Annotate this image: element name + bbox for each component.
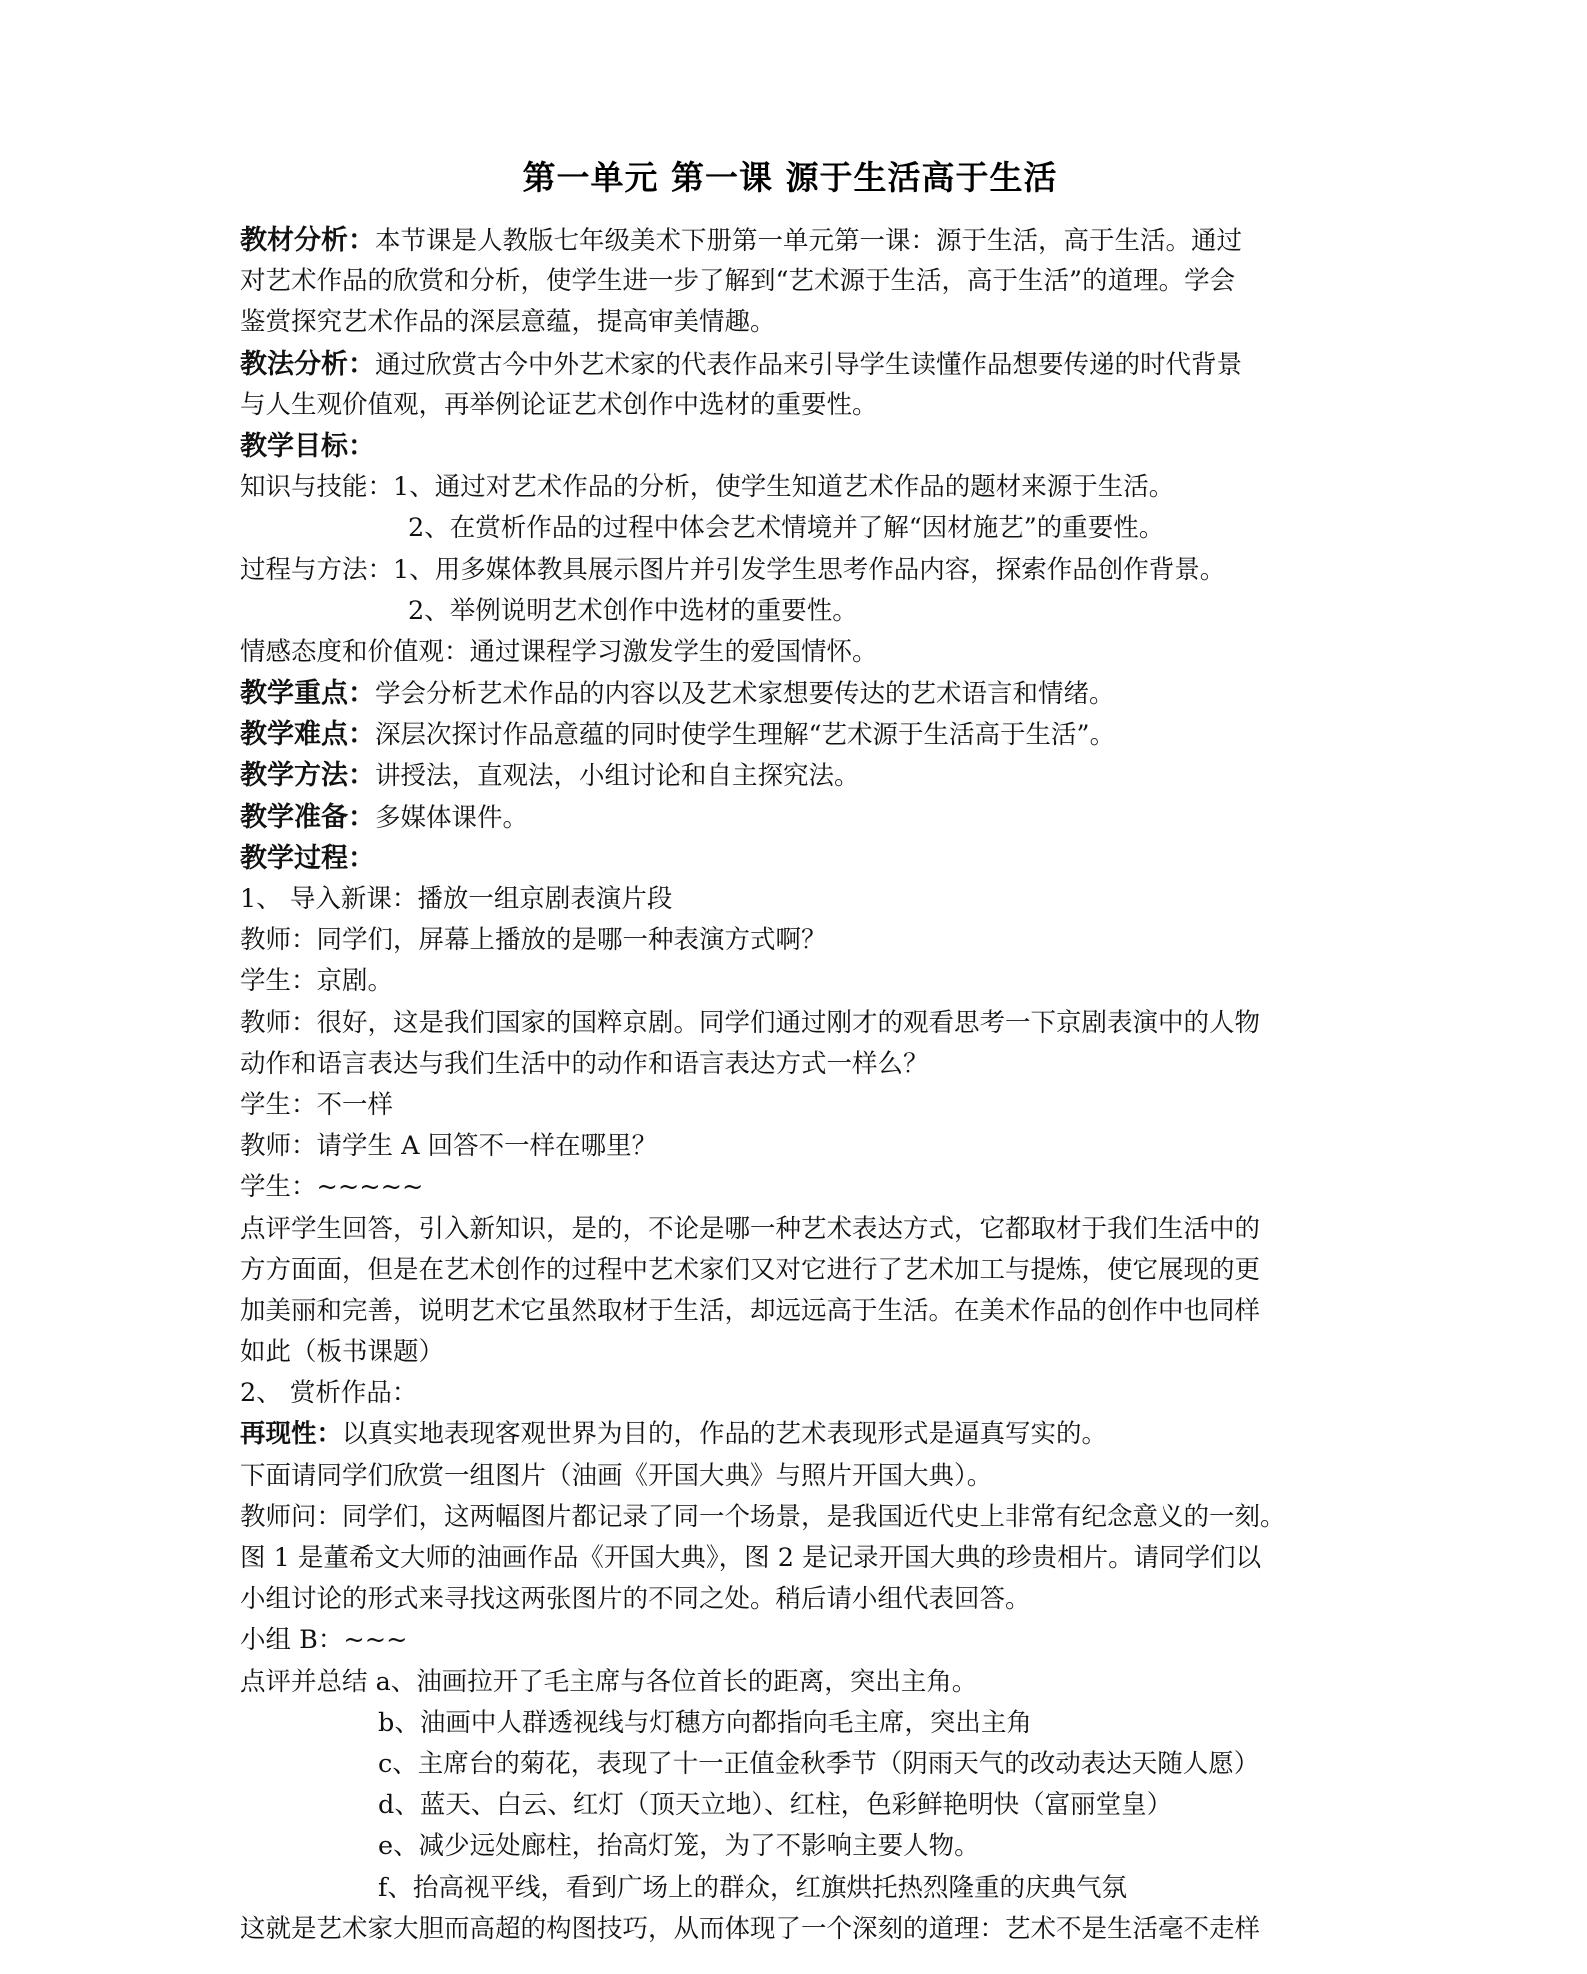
process-method-label: 过程与方法： — [240, 555, 393, 585]
reproduction-label: 再现性： — [240, 1419, 342, 1449]
conclusion-line: 这就是艺术家大胆而高超的构图技巧，从而体现了一个深刻的道理：艺术不是生活毫不走样 — [240, 1909, 1340, 1950]
reproduction-line: 再现性：以真实地表现客观世界为目的，作品的艺术表现形式是逼真写实的。 — [240, 1414, 1340, 1455]
document-body: 教材分析：本节课是人教版七年级美术下册第一单元第一课：源于生活，高于生活。通过 … — [240, 220, 1340, 1950]
summary-line-f: f、抬高视平线，看到广场上的群众，红旗烘托热烈隆重的庆典气氛 — [240, 1868, 1340, 1909]
process-line: 动作和语言表达与我们生活中的动作和语言表达方式一样么？ — [240, 1044, 1340, 1085]
summary-line-c: c、主席台的菊花，表现了十一正值金秋季节（阴雨天气的改动表达天随人愿） — [240, 1744, 1340, 1785]
process-line: 方方面面，但是在艺术创作的过程中艺术家们又对它进行了艺术加工与提炼，使它展现的更 — [240, 1250, 1340, 1291]
objectives-heading: 教学目标： — [240, 426, 1340, 467]
process-line: 如此（板书课题） — [240, 1332, 1340, 1373]
process-line: 2、 赏析作品： — [240, 1373, 1340, 1414]
summary-line-b: b、油画中人群透视线与灯穗方向都指向毛主席，突出主角 — [240, 1703, 1340, 1744]
method-analysis-line-1: 教法分析：通过欣赏古今中外艺术家的代表作品来引导学生读懂作品想要传递的时代背景 — [240, 344, 1340, 385]
process-line: 学生：~~~~~ — [240, 1167, 1340, 1208]
process-line: 1、 导入新课：播放一组京剧表演片段 — [240, 879, 1340, 920]
material-analysis-label: 教材分析： — [240, 225, 375, 256]
material-analysis-line-3: 鉴赏探究艺术作品的深层意蕴，提高审美情趣。 — [240, 302, 1340, 343]
material-analysis-line-2: 对艺术作品的欣赏和分析，使学生进一步了解到“艺术源于生活，高于生活”的道理。学会 — [240, 261, 1340, 302]
process-line: 加美丽和完善，说明艺术它虽然取材于生活，却远远高于生活。在美术作品的创作中也同样 — [240, 1291, 1340, 1332]
process-line: 学生：不一样 — [240, 1085, 1340, 1126]
process-line: 教师问：同学们，这两幅图片都记录了同一个场景，是我国近代史上非常有纪念意义的一刻… — [240, 1497, 1340, 1538]
process-line: 小组讨论的形式来寻找这两张图片的不同之处。稍后请小组代表回答。 — [240, 1579, 1340, 1620]
process-method-line-2: 2、举例说明艺术创作中选材的重要性。 — [240, 591, 1340, 632]
page-title: 第一单元 第一课 源于生活高于生活 — [240, 152, 1340, 199]
preparation-line: 教学准备：多媒体课件。 — [240, 797, 1340, 838]
summary-line-d: d、蓝天、白云、红灯（顶天立地）、红柱，色彩鲜艳明快（富丽堂皇） — [240, 1785, 1340, 1826]
knowledge-line-1: 知识与技能：1、通过对艺术作品的分析，使学生知道艺术作品的题材来源于生活。 — [240, 467, 1340, 508]
process-line: 教师：同学们，屏幕上播放的是哪一种表演方式啊？ — [240, 920, 1340, 961]
emotion-line: 情感态度和价值观：通过课程学习激发学生的爱国情怀。 — [240, 632, 1340, 673]
process-line: 点评学生回答，引入新知识，是的，不论是哪一种艺术表达方式，它都取材于我们生活中的 — [240, 1209, 1340, 1250]
methods-line: 教学方法：讲授法，直观法，小组讨论和自主探究法。 — [240, 755, 1340, 796]
key-points-line: 教学重点：学会分析艺术作品的内容以及艺术家想要传达的艺术语言和情绪。 — [240, 673, 1340, 714]
process-line: 教师：很好，这是我们国家的国粹京剧。同学们通过刚才的观看思考一下京剧表演中的人物 — [240, 1003, 1340, 1044]
process-line: 教师：请学生 A 回答不一样在哪里？ — [240, 1126, 1340, 1167]
knowledge-label: 知识与技能： — [240, 472, 393, 502]
process-line: 图 1 是董希文大师的油画作品《开国大典》，图 2 是记录开国大典的珍贵相片。请… — [240, 1538, 1340, 1579]
summary-line-a: 点评并总结 a、油画拉开了毛主席与各位首长的距离，突出主角。 — [240, 1662, 1340, 1703]
knowledge-line-2: 2、在赏析作品的过程中体会艺术情境并了解“因材施艺”的重要性。 — [240, 508, 1340, 549]
process-line: 下面请同学们欣赏一组图片（油画《开国大典》与照片开国大典）。 — [240, 1456, 1340, 1497]
process-line: 学生：京剧。 — [240, 961, 1340, 1002]
material-analysis-line-1: 教材分析：本节课是人教版七年级美术下册第一单元第一课：源于生活，高于生活。通过 — [240, 220, 1340, 261]
process-line: 小组 B：~~~ — [240, 1620, 1340, 1661]
method-analysis-label: 教法分析： — [240, 349, 375, 380]
process-method-line-1: 过程与方法：1、用多媒体教具展示图片并引发学生思考作品内容，探索作品创作背景。 — [240, 550, 1340, 591]
method-analysis-line-2: 与人生观价值观，再举例论证艺术创作中选材的重要性。 — [240, 385, 1340, 426]
difficulties-line: 教学难点：深层次探讨作品意蕴的同时使学生理解“艺术源于生活高于生活”。 — [240, 714, 1340, 755]
process-heading: 教学过程： — [240, 838, 1340, 879]
summary-line-e: e、减少远处廊柱，抬高灯笼，为了不影响主要人物。 — [240, 1826, 1340, 1867]
